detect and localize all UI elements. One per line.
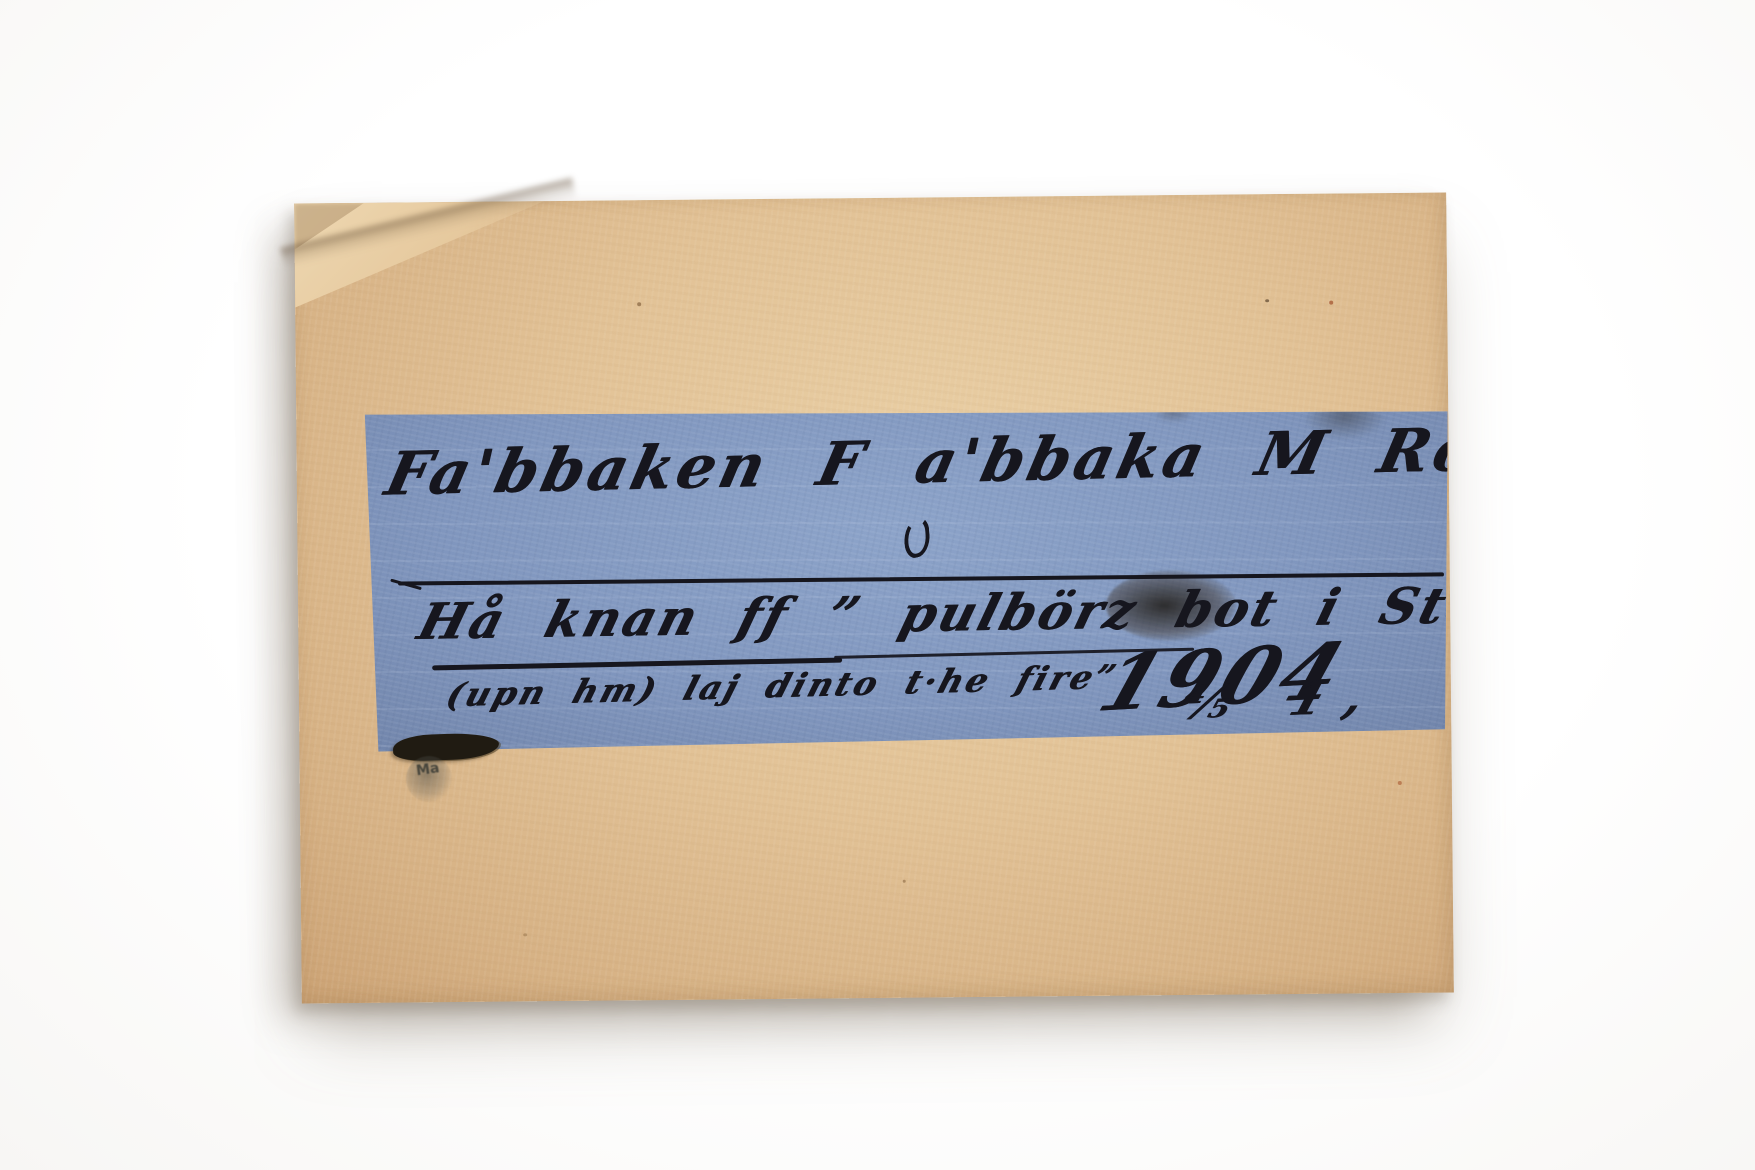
paper-speck [1265,299,1269,302]
paper-speck [1398,781,1402,785]
pencil-mark: Ma [415,761,437,778]
paper-speck [903,880,906,883]
paper-speck [523,933,527,936]
photo-backdrop: Fa'bbaken F a'bbaka M Röe Hå knan ff ” p… [0,0,1755,1170]
paper-speck [1329,301,1333,305]
paper-speck [637,302,641,306]
handwritten-fraction: ⅘ 1, [1174,669,1394,730]
blue-note-paper: Fa'bbaken F a'bbaka M Röe Hå knan ff ” p… [364,410,1449,753]
